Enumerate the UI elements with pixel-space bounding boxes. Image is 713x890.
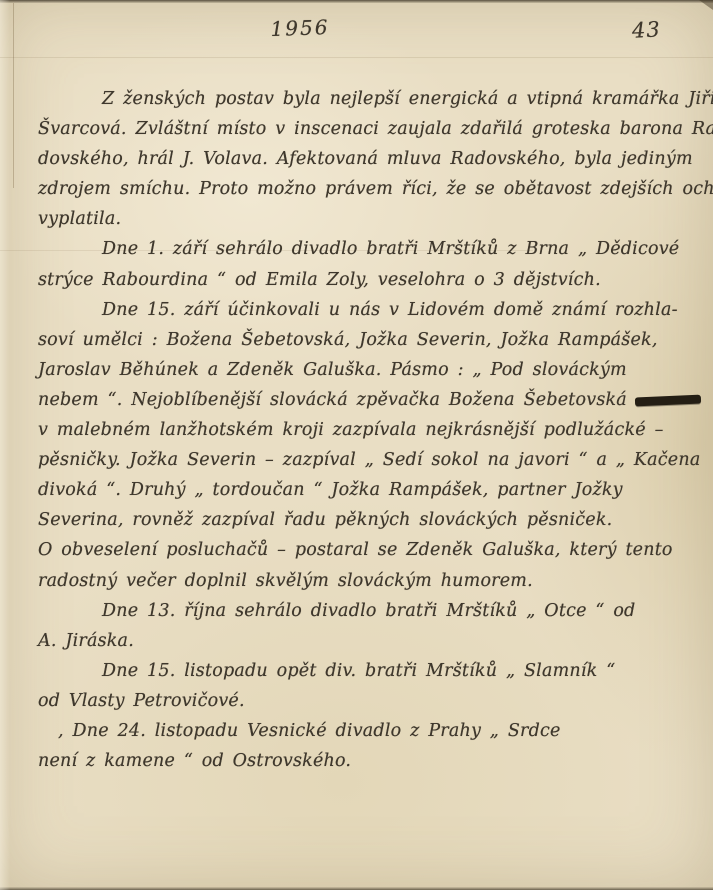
text-line: radostný večer doplnil skvělým slováckým… (0, 566, 700, 596)
text-line-content: nebem “. Nejoblíbenější slovácká zpěvačk… (38, 390, 627, 410)
text-line: Dne 15. listopadu opět div. bratři Mrští… (0, 656, 700, 686)
text-line: Severina, rovněž zazpíval řadu pěkných s… (0, 505, 700, 535)
text-line: od Vlasty Petrovičové. (0, 686, 700, 716)
paper-crease-horizontal-1 (0, 57, 713, 58)
handwritten-text-block: Z ženských postav byla nejlepší energick… (0, 84, 700, 776)
text-line: O obveselení posluchačů – postaral se Zd… (0, 535, 700, 565)
chronicle-page-photo: 1956 43 Z ženských postav byla nejlepší … (0, 0, 713, 890)
text-line: v malebném lanžhotském kroji zazpívala n… (0, 415, 700, 445)
text-line: A. Jiráska. (0, 626, 700, 656)
text-line: Dne 1. září sehrálo divadlo bratři Mrští… (0, 234, 700, 264)
text-line: Švarcová. Zvláštní místo v inscenaci zau… (0, 114, 700, 144)
text-line: pěsničky. Jožka Severin – zazpíval „ Sed… (0, 445, 700, 475)
text-line: Dne 13. října sehrálo divadlo bratři Mrš… (0, 596, 700, 626)
text-line: zdrojem smíchu. Proto možno právem říci,… (0, 174, 700, 204)
strikethrough-mark (635, 395, 701, 407)
text-line: divoká “. Druhý „ tordoučan “ Jožka Ramp… (0, 475, 700, 505)
text-line: , Dne 24. listopadu Vesnické divadlo z P… (0, 716, 700, 746)
text-line: Jaroslav Běhúnek a Zdeněk Galuška. Pásmo… (0, 355, 700, 385)
text-line: soví umělci : Božena Šebetovská, Jožka S… (0, 325, 700, 355)
photo-corner-shadow (699, 0, 713, 10)
text-line: nebem “. Nejoblíbenější slovácká zpěvačk… (0, 385, 700, 415)
text-line: dovského, hrál J. Volava. Afektovaná mlu… (0, 144, 700, 174)
year-heading: 1956 (0, 6, 600, 51)
text-line: vyplatila. (0, 204, 700, 234)
text-line: Dne 15. září účinkovali u nás v Lidovém … (0, 295, 700, 325)
text-line: strýce Rabourdina “ od Emila Zoly, vesel… (0, 265, 700, 295)
photo-top-edge (0, 0, 713, 3)
text-line: Z ženských postav byla nejlepší energick… (0, 84, 700, 114)
text-line: není z kamene “ od Ostrovského. (0, 746, 700, 776)
page-number: 43 (632, 17, 662, 42)
